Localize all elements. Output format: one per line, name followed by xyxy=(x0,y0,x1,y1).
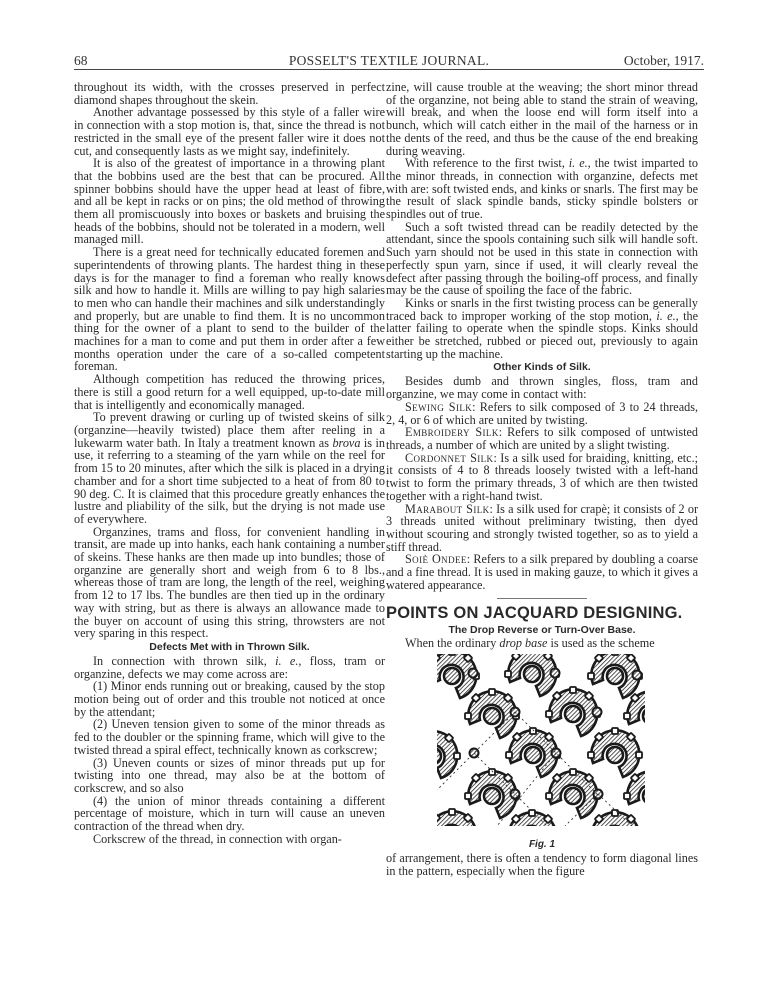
paragraph: throughout its width, with the crosses p… xyxy=(74,81,385,106)
definition-sewing-silk: Sewing Silk: Refers to silk composed of … xyxy=(386,401,698,426)
paragraph: Besides dumb and thrown singles, floss, … xyxy=(386,375,698,400)
left-column: throughout its width, with the crosses p… xyxy=(74,81,385,845)
paragraph: Such a soft twisted thread can be readil… xyxy=(386,221,698,297)
gear-motifs xyxy=(437,654,645,826)
right-column: zine, will cause trouble at the weaving;… xyxy=(386,81,698,878)
text-run: is used as the scheme xyxy=(547,636,654,650)
paragraph: With reference to the first twist, i. e.… xyxy=(386,157,698,221)
article-title: POINTS ON JACQUARD DESIGNING. xyxy=(386,603,698,623)
paragraph: zine, will cause trouble at the weaving;… xyxy=(386,81,698,157)
journal-title: POSSELT'S TEXTILE JOURNAL. xyxy=(74,53,704,69)
paragraph: It is also of the greatest of importance… xyxy=(74,157,385,246)
definition-marabout-silk: Marabout Silk: Is a silk used for crapè;… xyxy=(386,503,698,554)
paragraph: There is a great need for technically ed… xyxy=(74,246,385,373)
paragraph: Kinks or snarls in the first twisting pr… xyxy=(386,297,698,361)
list-item: (4) the union of minor threads containin… xyxy=(74,795,385,833)
paragraph: Corkscrew of the thread, in connection w… xyxy=(74,833,385,846)
definition-cordonnet-silk: Cordonnet Silk: Is a silk used for braid… xyxy=(386,452,698,503)
paragraph: When the ordinary drop base is used as t… xyxy=(386,637,698,650)
list-item: (2) Uneven tension given to some of the … xyxy=(74,718,385,756)
paragraph: Although competition has reduced the thr… xyxy=(74,373,385,411)
paragraph: In connection with thrown silk, i. e., f… xyxy=(74,655,385,680)
text-run: is in use, it referring to a steaming of… xyxy=(74,436,385,526)
list-item: (1) Minor ends running out or breaking, … xyxy=(74,680,385,718)
definition-embroidery-silk: Embroidery Silk: Refers to silk composed… xyxy=(386,426,698,451)
issue-date: October, 1917. xyxy=(624,53,704,69)
paragraph: of arrangement, there is often a tendenc… xyxy=(386,852,698,877)
paragraph: Organzines, trams and floss, for conveni… xyxy=(74,526,385,640)
text-run: When the ordinary xyxy=(405,636,499,650)
definition-soie-ondee: Soiè Ondee: Refers to a silk prepared by… xyxy=(386,553,698,591)
figure-caption: Fig. 1 xyxy=(386,838,698,852)
text-run: Kinks or snarls in the first twisting pr… xyxy=(386,296,698,323)
paragraph: Another advantage possessed by this styl… xyxy=(74,106,385,157)
article-divider xyxy=(497,598,587,599)
gear-pattern-illustration xyxy=(437,654,645,826)
figure-gear-pattern xyxy=(437,654,645,826)
list-item: (3) Uneven counts or sizes of minor thre… xyxy=(74,757,385,795)
header-rule xyxy=(74,69,704,70)
italic-term: drop base xyxy=(499,636,547,650)
paragraph: To prevent drawing or curling up of twis… xyxy=(74,411,385,525)
section-subhead: Defects Met with in Thrown Silk. xyxy=(74,641,385,654)
section-subhead: Other Kinds of Silk. xyxy=(386,361,698,374)
